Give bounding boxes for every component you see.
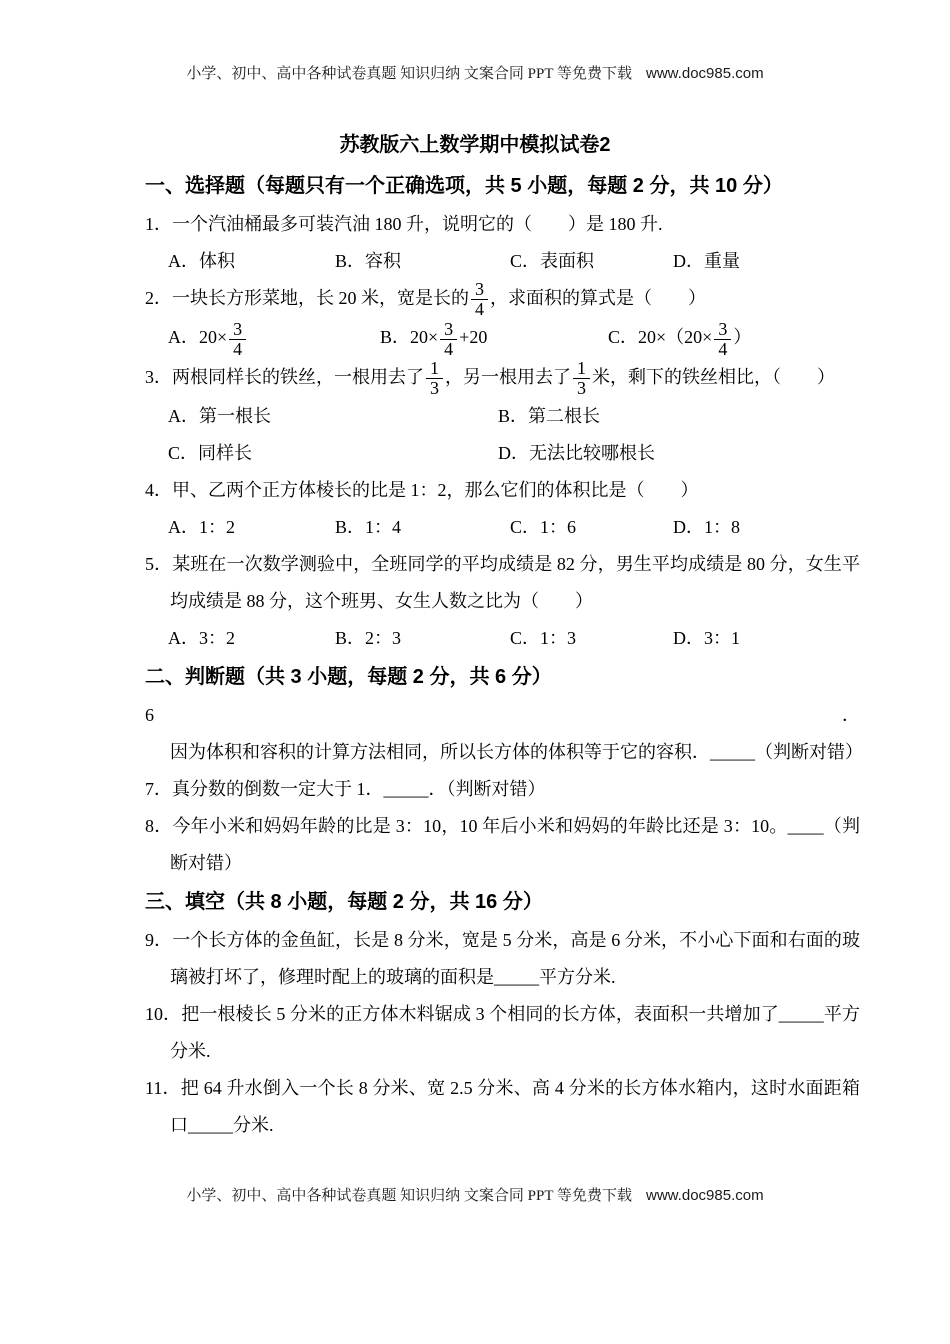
- question-item: 4．甲、乙两个正方体棱长的比是 1：2，那么它们的体积比是（ ）: [145, 472, 860, 509]
- question-item: 3．两根同样长的铁丝，一根用去了13，另一根用去了13米，剩下的铁丝相比，（ ）: [145, 359, 860, 398]
- text-segment: 某班在一次数学测验中，全班同学的平均成绩是 82 分，男生平均成绩是 80 分，…: [170, 554, 860, 611]
- fraction-denominator: 3: [573, 379, 590, 398]
- fraction-numerator: 3: [229, 320, 246, 340]
- question-number: 5．: [145, 554, 172, 574]
- text-segment: 甲、乙两个正方体棱长的比是 1：2，那么它们的体积比是（ ）: [172, 480, 699, 500]
- sections-container: 一、选择题（每题只有一个正确选项，共 5 小题，每题 2 分，共 10 分）1．…: [145, 166, 860, 1144]
- fraction-numerator: 3: [440, 320, 457, 340]
- fraction: 13: [573, 359, 590, 398]
- option: D．无法比较哪根长: [498, 435, 860, 472]
- fraction-denominator: 4: [440, 340, 457, 359]
- option: D．重量: [673, 243, 860, 280]
- options-row: A．1：2B．1：4C．1：6D．1：8: [145, 509, 860, 546]
- question-number: 10．: [145, 1004, 181, 1024]
- text-segment: C．20×（20×: [608, 327, 712, 347]
- text-segment: C．同样长: [168, 443, 252, 463]
- text-segment: +20: [459, 327, 487, 347]
- option: C．1：3: [510, 620, 673, 657]
- text-segment: ）: [733, 327, 751, 347]
- text-segment: ，求面积的算式是（ ）: [490, 288, 706, 308]
- text-segment: 米，剩下的铁丝相比，（ ）: [592, 367, 835, 387]
- fraction: 34: [440, 320, 457, 359]
- text-segment: B．1：4: [335, 517, 401, 537]
- question-number: 6．: [145, 705, 860, 725]
- fraction-denominator: 4: [229, 340, 246, 359]
- section-heading: 一、选择题（每题只有一个正确选项，共 5 小题，每题 2 分，共 10 分）: [145, 166, 860, 206]
- question-item: 6．因为体积和容积的计算方法相同，所以长方体的体积等于它的容积．_____（判断…: [145, 697, 860, 771]
- question-number: 2．: [145, 288, 172, 308]
- text-segment: B．2：3: [335, 628, 401, 648]
- text-segment: 因为体积和容积的计算方法相同，所以长方体的体积等于它的容积．_____（判断对错…: [170, 742, 863, 762]
- option: B．20×34+20: [380, 319, 608, 358]
- question-item: 7．真分数的倒数一定大于 1．_____．（判断对错）: [145, 771, 860, 808]
- header-url: www.doc985.com: [646, 65, 764, 82]
- options-row: A．第一根长B．第二根长C．同样长D．无法比较哪根长: [145, 398, 860, 472]
- text-segment: C．1：3: [510, 628, 576, 648]
- text-segment: 今年小米和妈妈年龄的比是 3：10，10 年后小米和妈妈的年龄比还是 3：10。…: [170, 816, 860, 873]
- text-segment: 真分数的倒数一定大于 1．_____．（判断对错）: [172, 779, 546, 799]
- fraction: 34: [714, 320, 731, 359]
- page-footer: 小学、初中、高中各种试卷真题 知识归纳 文案合同 PPT 等免费下载www.do…: [0, 1186, 950, 1206]
- options-row: A．体积B．容积C．表面积D．重量: [145, 243, 860, 280]
- footer-text: 小学、初中、高中各种试卷真题 知识归纳 文案合同 PPT 等免费下载: [186, 1188, 632, 1204]
- fraction-denominator: 4: [714, 340, 731, 359]
- text-segment: A．体积: [168, 251, 235, 271]
- question-item: 8．今年小米和妈妈年龄的比是 3：10，10 年后小米和妈妈的年龄比还是 3：1…: [145, 808, 860, 882]
- text-segment: 一个汽油桶最多可装汽油 180 升，说明它的（ ）是 180 升.: [172, 214, 663, 234]
- section-heading: 二、判断题（共 3 小题，每题 2 分，共 6 分）: [145, 657, 860, 697]
- text-segment: 一块长方形菜地，长 20 米，宽是长的: [172, 288, 469, 308]
- option: C．同样长: [168, 435, 498, 472]
- question-item: 10．把一根棱长 5 分米的正方体木料锯成 3 个相同的长方体，表面积一共增加了…: [145, 996, 860, 1070]
- text-segment: A．1：2: [168, 517, 235, 537]
- fraction: 34: [471, 280, 488, 319]
- fraction-numerator: 3: [471, 280, 488, 300]
- question-item: 9．一个长方体的金鱼缸，长是 8 分米，宽是 5 分米，高是 6 分米，不小心下…: [145, 922, 860, 996]
- question-item: 2．一块长方形菜地，长 20 米，宽是长的34，求面积的算式是（ ）: [145, 280, 860, 319]
- text-segment: 一个长方体的金鱼缸，长是 8 分米，宽是 5 分米，高是 6 分米，不小心下面和…: [170, 930, 860, 987]
- option: B．容积: [335, 243, 510, 280]
- fraction-denominator: 3: [426, 379, 443, 398]
- text-segment: B．第二根长: [498, 406, 600, 426]
- options-row: A．3：2B．2：3C．1：3D．3：1: [145, 620, 860, 657]
- option: B．1：4: [335, 509, 510, 546]
- section: 一、选择题（每题只有一个正确选项，共 5 小题，每题 2 分，共 10 分）1．…: [145, 166, 860, 657]
- page-header: 小学、初中、高中各种试卷真题 知识归纳 文案合同 PPT 等免费下载www.do…: [0, 64, 950, 84]
- option: C．20×（20×34）: [608, 319, 860, 358]
- option: C．1：6: [510, 509, 673, 546]
- document-page: 小学、初中、高中各种试卷真题 知识归纳 文案合同 PPT 等免费下载www.do…: [0, 0, 950, 1344]
- text-segment: A．3：2: [168, 628, 235, 648]
- fraction-numerator: 1: [573, 359, 590, 379]
- option: D．3：1: [673, 620, 860, 657]
- text-segment: C．1：6: [510, 517, 576, 537]
- text-segment: D．重量: [673, 251, 740, 271]
- question-item: 11．把 64 升水倒入一个长 8 分米、宽 2.5 分米、高 4 分米的长方体…: [145, 1070, 860, 1144]
- option: A．第一根长: [168, 398, 498, 435]
- option: B．第二根长: [498, 398, 860, 435]
- option: C．表面积: [510, 243, 673, 280]
- fraction-denominator: 4: [471, 300, 488, 319]
- page-title: 苏教版六上数学期中模拟试卷2: [0, 132, 950, 158]
- text-segment: B．容积: [335, 251, 401, 271]
- question-number: 3．: [145, 367, 172, 387]
- question-item: 1．一个汽油桶最多可装汽油 180 升，说明它的（ ）是 180 升.: [145, 206, 860, 243]
- text-segment: ，另一根用去了: [445, 367, 571, 387]
- text-segment: D．3：1: [673, 628, 740, 648]
- section: 三、填空（共 8 小题，每题 2 分，共 16 分）9．一个长方体的金鱼缸，长是…: [145, 882, 860, 1144]
- text-segment: 把一根棱长 5 分米的正方体木料锯成 3 个相同的长方体，表面积一共增加了___…: [170, 1004, 860, 1061]
- text-segment: 两根同样长的铁丝，一根用去了: [172, 367, 424, 387]
- question-item: 5．某班在一次数学测验中，全班同学的平均成绩是 82 分，男生平均成绩是 80 …: [145, 546, 860, 620]
- option: D．1：8: [673, 509, 860, 546]
- option: B．2：3: [335, 620, 510, 657]
- text-segment: 把 64 升水倒入一个长 8 分米、宽 2.5 分米、高 4 分米的长方体水箱内…: [170, 1078, 860, 1135]
- text-segment: A．20×: [168, 327, 227, 347]
- text-segment: D．1：8: [673, 517, 740, 537]
- fraction-numerator: 1: [426, 359, 443, 379]
- option: A．20×34: [168, 319, 380, 358]
- option: A．体积: [168, 243, 335, 280]
- question-number: 11．: [145, 1078, 181, 1098]
- question-number: 4．: [145, 480, 172, 500]
- fraction-numerator: 3: [714, 320, 731, 340]
- fraction: 34: [229, 320, 246, 359]
- section: 二、判断题（共 3 小题，每题 2 分，共 6 分）6．因为体积和容积的计算方法…: [145, 657, 860, 882]
- question-number: 8．: [145, 816, 172, 836]
- section-heading: 三、填空（共 8 小题，每题 2 分，共 16 分）: [145, 882, 860, 922]
- option: A．1：2: [168, 509, 335, 546]
- text-segment: C．表面积: [510, 251, 594, 271]
- text-segment: D．无法比较哪根长: [498, 443, 655, 463]
- fraction: 13: [426, 359, 443, 398]
- text-segment: B．20×: [380, 327, 438, 347]
- question-number: 1．: [145, 214, 172, 234]
- question-number: 7．: [145, 779, 172, 799]
- options-row: A．20×34B．20×34+20C．20×（20×34）: [145, 319, 860, 358]
- header-text: 小学、初中、高中各种试卷真题 知识归纳 文案合同 PPT 等免费下载: [186, 66, 632, 82]
- text-segment: A．第一根长: [168, 406, 271, 426]
- footer-url: www.doc985.com: [646, 1187, 764, 1204]
- option: A．3：2: [168, 620, 335, 657]
- question-number: 9．: [145, 930, 172, 950]
